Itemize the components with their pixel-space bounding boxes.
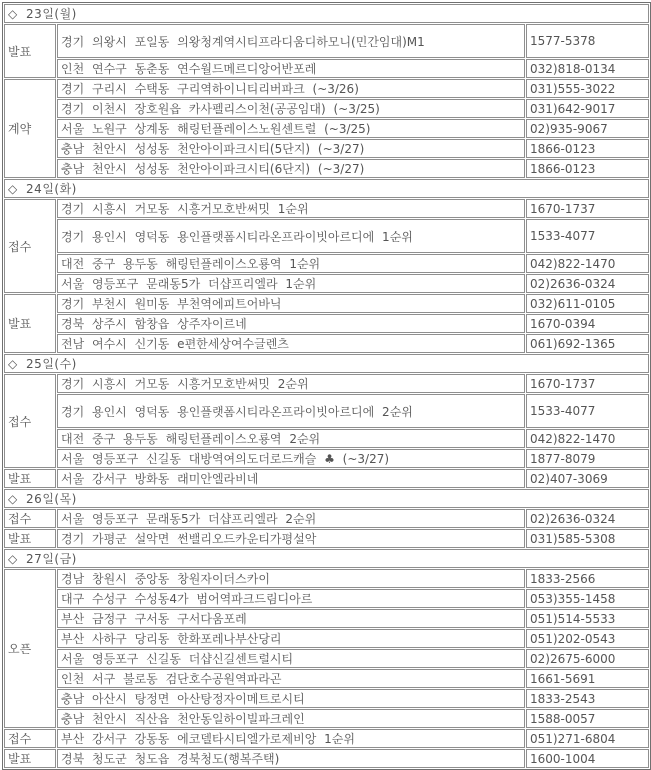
phone-number: 042)822-1470 (526, 254, 649, 273)
date-header: ◇ 27일(금) (4, 549, 649, 568)
project-name: 대전 중구 용두동 해링턴플레이스오룡역 2순위 (57, 429, 525, 448)
table-row: 충남 천안시 직산읍 천안동일하이빌파크레인1588-0057 (4, 709, 649, 728)
table-row: 서울 영등포구 신길동 더샵신길센트럴시티02)2675-6000 (4, 649, 649, 668)
phone-number: 061)692-1365 (526, 334, 649, 353)
table-row: 발표경기 부천시 원미동 부천역에피트어바닉032)611-0105 (4, 294, 649, 313)
schedule-page: ◇ 23일(월)발표경기 의왕시 포일동 의왕청계역시티프라디움디하모니(민간임… (0, 0, 651, 692)
table-row: 충남 아산시 탕정면 아산탕정자이메트로시티1833-2543 (4, 689, 649, 708)
table-row: 발표경북 청도군 청도읍 경북청도(행복주택)1600-1004 (4, 749, 649, 768)
phone-number: 1588-0057 (526, 709, 649, 728)
phone-number: 1877-8079 (526, 449, 649, 468)
table-row: 대전 중구 용두동 해링턴플레이스오룡역 1순위042)822-1470 (4, 254, 649, 273)
project-name: 대전 중구 용두동 해링턴플레이스오룡역 1순위 (57, 254, 525, 273)
category-cell: 발표 (4, 529, 56, 548)
category-cell: 접수 (4, 729, 56, 748)
date-header-row: ◇ 24일(화) (4, 179, 649, 198)
phone-number: 053)355-1458 (526, 589, 649, 608)
table-row: 서울 영등포구 신길동 대방역여의도더로드캐슬 ♣ (~3/27)1877-80… (4, 449, 649, 468)
project-name: 서울 강서구 방화동 래미안엘라비네 (57, 469, 525, 488)
phone-number: 1866-0123 (526, 139, 649, 158)
phone-number: 1670-1737 (526, 199, 649, 218)
date-header: ◇ 25일(수) (4, 354, 649, 373)
phone-number: 02)2636-0324 (526, 274, 649, 293)
phone-number: 042)822-1470 (526, 429, 649, 448)
phone-number: 1661-5691 (526, 669, 649, 688)
project-name: 서울 영등포구 신길동 더샵신길센트럴시티 (57, 649, 525, 668)
date-header: ◇ 24일(화) (4, 179, 649, 198)
phone-number: 051)514-5533 (526, 609, 649, 628)
phone-number: 1670-0394 (526, 314, 649, 333)
phone-number: 032)818-0134 (526, 59, 649, 78)
date-header-row: ◇ 26일(목) (4, 489, 649, 508)
table-row: 접수경기 시흥시 거모동 시흥거모호반써밋 1순위1670-1737 (4, 199, 649, 218)
table-row: 발표경기 가평군 설악면 썬밸리오드카운티가평설악031)585-5308 (4, 529, 649, 548)
table-row: 충남 천안시 성성동 천안아이파크시티(5단지) (~3/27)1866-012… (4, 139, 649, 158)
category-cell: 계약 (4, 79, 56, 178)
phone-number: 02)2675-6000 (526, 649, 649, 668)
table-row: 경북 상주시 함창읍 상주자이르네1670-0394 (4, 314, 649, 333)
phone-number: 1670-1737 (526, 374, 649, 393)
phone-number: 051)271-6804 (526, 729, 649, 748)
phone-number: 031)555-3022 (526, 79, 649, 98)
project-name: 경기 시흥시 거모동 시흥거모호반써밋 2순위 (57, 374, 525, 393)
project-name: 부산 사하구 당리동 한화포레나부산당리 (57, 629, 525, 648)
schedule-table-body: ◇ 23일(월)발표경기 의왕시 포일동 의왕청계역시티프라디움디하모니(민간임… (4, 4, 649, 768)
table-row: 발표서울 강서구 방화동 래미안엘라비네02)407-3069 (4, 469, 649, 488)
phone-number: 031)642-9017 (526, 99, 649, 118)
phone-number: 032)611-0105 (526, 294, 649, 313)
table-row: 계약경기 구리시 수택동 구리역하이니티리버파크 (~3/26)031)555-… (4, 79, 649, 98)
phone-number: 02)2636-0324 (526, 509, 649, 528)
phone-number: 02)407-3069 (526, 469, 649, 488)
project-name: 경기 가평군 설악면 썬밸리오드카운티가평설악 (57, 529, 525, 548)
project-name: 부산 강서구 강동동 에코델타시티엘가로제비앙 1순위 (57, 729, 525, 748)
table-row: 경기 이천시 장호원읍 카사펠리스이천(공공임대) (~3/25)031)642… (4, 99, 649, 118)
project-name: 충남 아산시 탕정면 아산탕정자이메트로시티 (57, 689, 525, 708)
category-cell: 발표 (4, 294, 56, 353)
table-row: 부산 사하구 당리동 한화포레나부산당리051)202-0543 (4, 629, 649, 648)
table-row: 인천 서구 불로동 검단호수공원역파라곤1661-5691 (4, 669, 649, 688)
phone-number: 1577-5378 (526, 24, 649, 58)
project-name: 충남 천안시 직산읍 천안동일하이빌파크레인 (57, 709, 525, 728)
project-name: 서울 영등포구 신길동 대방역여의도더로드캐슬 ♣ (~3/27) (57, 449, 525, 468)
project-name: 충남 천안시 성성동 천안아이파크시티(5단지) (~3/27) (57, 139, 525, 158)
project-name: 경기 의왕시 포일동 의왕청계역시티프라디움디하모니(민간임대)M1 (57, 24, 525, 58)
category-cell: 오픈 (4, 569, 56, 728)
table-row: 오픈경남 창원시 중앙동 창원자이더스카이1833-2566 (4, 569, 649, 588)
date-header: ◇ 23일(월) (4, 4, 649, 23)
table-row: 대전 중구 용두동 해링턴플레이스오룡역 2순위042)822-1470 (4, 429, 649, 448)
phone-number: 1833-2566 (526, 569, 649, 588)
category-cell: 발표 (4, 749, 56, 768)
project-name: 경기 용인시 영덕동 용인플랫폼시티라온프라이빗아르디에 1순위 (57, 219, 525, 253)
project-name: 부산 금정구 구서동 구서다움포레 (57, 609, 525, 628)
project-name: 경기 용인시 영덕동 용인플랫폼시티라온프라이빗아르디에 2순위 (57, 394, 525, 428)
date-header-row: ◇ 27일(금) (4, 549, 649, 568)
project-name: 서울 영등포구 문래동5가 더샵프리엘라 1순위 (57, 274, 525, 293)
table-row: 인천 연수구 동춘동 연수월드메르디앙어반포레032)818-0134 (4, 59, 649, 78)
date-header: ◇ 26일(목) (4, 489, 649, 508)
phone-number: 1833-2543 (526, 689, 649, 708)
table-row: 접수서울 영등포구 문래동5가 더샵프리엘라 2순위02)2636-0324 (4, 509, 649, 528)
category-cell: 발표 (4, 469, 56, 488)
project-name: 경북 청도군 청도읍 경북청도(행복주택) (57, 749, 525, 768)
phone-number: 1866-0123 (526, 159, 649, 178)
project-name: 서울 노원구 상계동 해링턴플레이스노원센트럴 (~3/25) (57, 119, 525, 138)
phone-number: 02)935-9067 (526, 119, 649, 138)
table-row: 경기 용인시 영덕동 용인플랫폼시티라온프라이빗아르디에 2순위1533-407… (4, 394, 649, 428)
project-name: 서울 영등포구 문래동5가 더샵프리엘라 2순위 (57, 509, 525, 528)
category-cell: 접수 (4, 374, 56, 468)
schedule-table: ◇ 23일(월)발표경기 의왕시 포일동 의왕청계역시티프라디움디하모니(민간임… (2, 2, 651, 770)
project-name: 경북 상주시 함창읍 상주자이르네 (57, 314, 525, 333)
project-name: 전남 여수시 신기동 e편한세상여수글렌츠 (57, 334, 525, 353)
date-header-row: ◇ 23일(월) (4, 4, 649, 23)
table-row: 발표경기 의왕시 포일동 의왕청계역시티프라디움디하모니(민간임대)M11577… (4, 24, 649, 58)
project-name: 경기 시흥시 거모동 시흥거모호반써밋 1순위 (57, 199, 525, 218)
phone-number: 031)585-5308 (526, 529, 649, 548)
table-row: 서울 영등포구 문래동5가 더샵프리엘라 1순위02)2636-0324 (4, 274, 649, 293)
table-row: 접수경기 시흥시 거모동 시흥거모호반써밋 2순위1670-1737 (4, 374, 649, 393)
table-row: 접수부산 강서구 강동동 에코델타시티엘가로제비앙 1순위051)271-680… (4, 729, 649, 748)
project-name: 인천 연수구 동춘동 연수월드메르디앙어반포레 (57, 59, 525, 78)
project-name: 경기 이천시 장호원읍 카사펠리스이천(공공임대) (~3/25) (57, 99, 525, 118)
category-cell: 접수 (4, 509, 56, 528)
project-name: 충남 천안시 성성동 천안아이파크시티(6단지) (~3/27) (57, 159, 525, 178)
category-cell: 발표 (4, 24, 56, 78)
project-name: 대구 수성구 수성동4가 범어역파크드림디아르 (57, 589, 525, 608)
table-row: 서울 노원구 상계동 해링턴플레이스노원센트럴 (~3/25)02)935-90… (4, 119, 649, 138)
phone-number: 1533-4077 (526, 219, 649, 253)
category-cell: 접수 (4, 199, 56, 293)
project-name: 경기 구리시 수택동 구리역하이니티리버파크 (~3/26) (57, 79, 525, 98)
phone-number: 1533-4077 (526, 394, 649, 428)
table-row: 전남 여수시 신기동 e편한세상여수글렌츠061)692-1365 (4, 334, 649, 353)
project-name: 인천 서구 불로동 검단호수공원역파라곤 (57, 669, 525, 688)
project-name: 경남 창원시 중앙동 창원자이더스카이 (57, 569, 525, 588)
table-row: 경기 용인시 영덕동 용인플랫폼시티라온프라이빗아르디에 1순위1533-407… (4, 219, 649, 253)
date-header-row: ◇ 25일(수) (4, 354, 649, 373)
table-row: 대구 수성구 수성동4가 범어역파크드림디아르053)355-1458 (4, 589, 649, 608)
project-name: 경기 부천시 원미동 부천역에피트어바닉 (57, 294, 525, 313)
phone-number: 051)202-0543 (526, 629, 649, 648)
table-row: 부산 금정구 구서동 구서다움포레051)514-5533 (4, 609, 649, 628)
phone-number: 1600-1004 (526, 749, 649, 768)
table-row: 충남 천안시 성성동 천안아이파크시티(6단지) (~3/27)1866-012… (4, 159, 649, 178)
